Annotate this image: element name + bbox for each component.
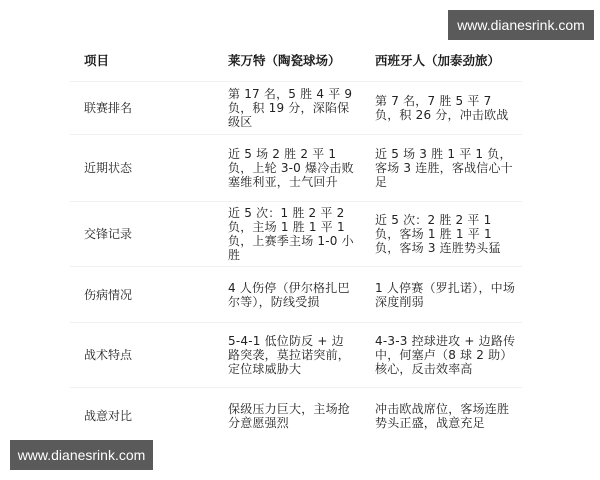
header-item: 项目 [70,40,214,82]
row-label: 伤病情况 [70,267,214,323]
row-label: 近期状态 [70,135,214,202]
watermark-bottom: www.dianesrink.com [10,440,153,470]
espanyol-cell: 近 5 次：2 胜 2 平 1 负，客场 1 胜 1 平 1 负，客场 3 连胜… [361,202,522,267]
levante-cell: 近 5 次：1 胜 2 平 2 负，主场 1 胜 1 平 1 负，上赛季主场 1… [214,202,361,267]
match-comparison-table: 项目 莱万特（陶瓷球场） 西班牙人（加泰劲旅） 联赛排名 第 17 名，5 胜 … [70,40,522,444]
table-row-injuries: 伤病情况 4 人伤停（伊尔格扎巴尔等），防线受损 1 人停赛（罗扎诺），中场深度… [70,267,522,323]
table-row-tactics: 战术特点 5-4-1 低位防反 + 边路突袭，莫拉诺突前，定位球威胁大 4-3-… [70,323,522,388]
watermark-text: www.dianesrink.com [18,447,146,463]
table-row-recent-form: 近期状态 近 5 场 2 胜 2 平 1 负，上轮 3-0 爆冷击败塞维利亚，士… [70,135,522,202]
table-row-league-rank: 联赛排名 第 17 名，5 胜 4 平 9 负，积 19 分，深陷保级区 第 7… [70,82,522,135]
espanyol-cell: 近 5 场 3 胜 1 平 1 负，客场 3 连胜，客战信心十足 [361,135,522,202]
levante-cell: 保级压力巨大，主场抢分意愿强烈 [214,388,361,445]
table-row-motivation: 战意对比 保级压力巨大，主场抢分意愿强烈 冲击欧战席位，客场连胜势头正盛，战意充… [70,388,522,445]
row-label: 战意对比 [70,388,214,445]
header-espanyol: 西班牙人（加泰劲旅） [361,40,522,82]
table-header-row: 项目 莱万特（陶瓷球场） 西班牙人（加泰劲旅） [70,40,522,82]
table-row-head-to-head: 交锋记录 近 5 次：1 胜 2 平 2 负，主场 1 胜 1 平 1 负，上赛… [70,202,522,267]
watermark-text: www.dianesrink.com [457,17,585,33]
levante-cell: 第 17 名，5 胜 4 平 9 负，积 19 分，深陷保级区 [214,82,361,135]
watermark-top: www.dianesrink.com [448,10,594,40]
espanyol-cell: 1 人停赛（罗扎诺），中场深度削弱 [361,267,522,323]
comparison-table-container: 项目 莱万特（陶瓷球场） 西班牙人（加泰劲旅） 联赛排名 第 17 名，5 胜 … [70,40,522,444]
row-label: 联赛排名 [70,82,214,135]
levante-cell: 4 人伤停（伊尔格扎巴尔等），防线受损 [214,267,361,323]
row-label: 战术特点 [70,323,214,388]
espanyol-cell: 第 7 名，7 胜 5 平 7 负，积 26 分，冲击欧战 [361,82,522,135]
espanyol-cell: 4-3-3 控球进攻 + 边路传中，何塞卢（8 球 2 助）核心，反击效率高 [361,323,522,388]
espanyol-cell: 冲击欧战席位，客场连胜势头正盛，战意充足 [361,388,522,445]
levante-cell: 5-4-1 低位防反 + 边路突袭，莫拉诺突前，定位球威胁大 [214,323,361,388]
row-label: 交锋记录 [70,202,214,267]
header-levante: 莱万特（陶瓷球场） [214,40,361,82]
levante-cell: 近 5 场 2 胜 2 平 1 负，上轮 3-0 爆冷击败塞维利亚，士气回升 [214,135,361,202]
